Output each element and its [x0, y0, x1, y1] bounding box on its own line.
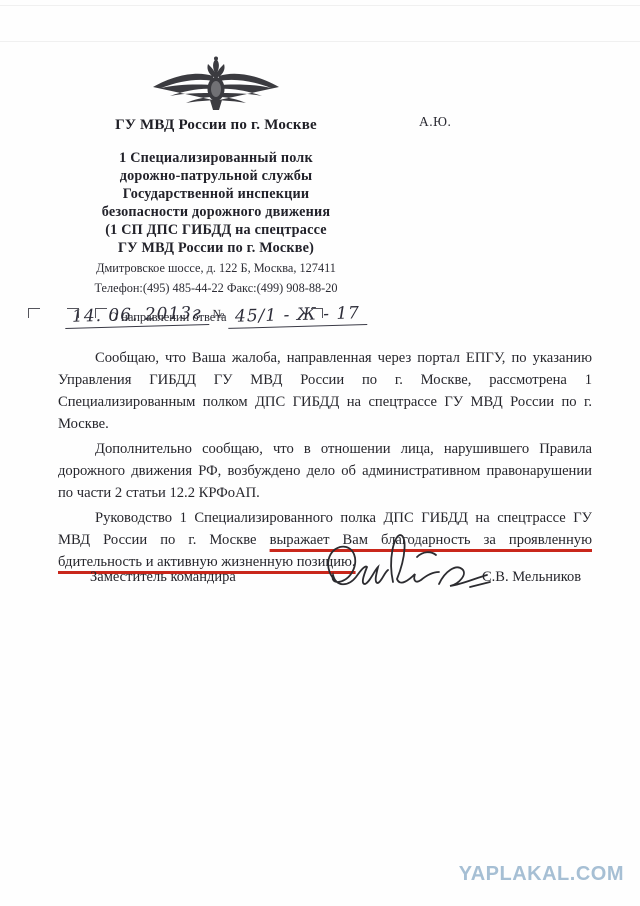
- corner-mark-icon: [67, 308, 79, 318]
- unit-line: дорожно-патрульной службы: [55, 167, 377, 185]
- paragraph-2: Дополнительно сообщаю, что в отношении л…: [58, 438, 592, 504]
- unit-name-block: 1 Специализированный полк дорожно-патрул…: [55, 149, 377, 257]
- phone-fax-line: Телефон:(495) 485-44-22 Факс:(499) 908-8…: [55, 281, 377, 296]
- signer-name: С.В. Мельников: [482, 569, 581, 586]
- signer-position: Заместитель командира: [90, 569, 236, 586]
- unit-line: ГУ МВД России по г. Москве): [55, 239, 377, 257]
- corner-mark-icon: [311, 308, 323, 318]
- unit-line: (1 СП ДПС ГИБДД на спецтрассе: [55, 221, 377, 239]
- site-watermark: YAPLAKAL.COM: [459, 863, 624, 886]
- corner-mark-icon: [28, 308, 40, 318]
- postal-address: Дмитровское шоссе, д. 122 Б, Москва, 127…: [55, 261, 377, 276]
- scanned-letter-page: ГУ МВД России по г. Москве 1 Специализир…: [0, 0, 640, 906]
- subject-text: О направлении ответа: [109, 310, 227, 325]
- org-title: ГУ МВД России по г. Москве: [55, 117, 377, 134]
- signature-block: Заместитель командира С.В. Мельников: [58, 563, 592, 623]
- addressee-initials: А.Ю.: [419, 114, 451, 130]
- handwritten-signature-icon: [320, 527, 495, 609]
- unit-line: Государственной инспекции: [55, 185, 377, 203]
- subject-row: О направлении ответа: [0, 306, 640, 332]
- unit-line: 1 Специализированный полк: [55, 149, 377, 167]
- unit-line: безопасности дорожного движения: [55, 203, 377, 221]
- paragraph-1: Сообщаю, что Ваша жалоба, направленная ч…: [58, 347, 592, 435]
- letterhead: ГУ МВД России по г. Москве 1 Специализир…: [55, 56, 377, 327]
- scan-artifact-line: [0, 5, 640, 6]
- scan-artifact-line: [0, 41, 640, 42]
- corner-mark-icon: [95, 308, 107, 318]
- mvd-double-headed-eagle-icon: [150, 56, 282, 114]
